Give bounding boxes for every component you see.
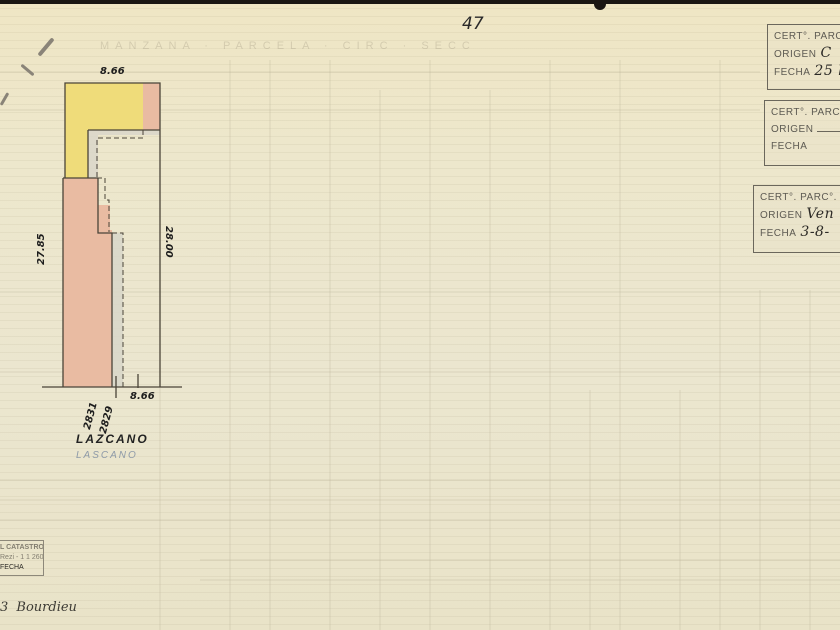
street-name-alt: LASCANO xyxy=(76,450,138,461)
dim-left-depth: 27.85 xyxy=(36,233,47,265)
cert-stamp: CERT°. PARC°. N° ORIGENVen FECHA3-8- xyxy=(753,185,840,253)
signature-prefix: 3 xyxy=(0,600,8,615)
stamp-fecha-label: FECHA xyxy=(771,138,807,155)
plot-diagram: 8.66 27.85 28.00 8.66 2831 2829 LAZCANO … xyxy=(0,0,220,480)
cert-stamp: CERT°. PARC°. N° ORIGEN FECHA xyxy=(764,100,840,166)
signature: 3 Bourdieu xyxy=(0,600,77,615)
stamp-fecha-label: FECHA xyxy=(760,225,796,242)
signature-name: Bourdieu xyxy=(16,600,77,615)
binding-notch xyxy=(594,0,606,10)
stamp-cert-label: CERT°. PARC°. N° xyxy=(771,104,840,121)
catastro-line2: Rezi - 1 1 260 xyxy=(0,553,40,563)
stamp-origen-label: ORIGEN xyxy=(760,207,802,224)
stamp-origen-value: Ven xyxy=(806,206,834,223)
cadastral-card: 47 MANZANA · PARCELA · CIRC · SECC xyxy=(0,0,840,630)
catastro-line1: L CATASTRO xyxy=(0,543,40,553)
street-name: LAZCANO xyxy=(76,432,149,446)
stamp-fecha-label: FECHA xyxy=(774,64,810,81)
stamp-fecha-value: 25 h xyxy=(814,63,840,80)
stamp-origen-label: ORIGEN xyxy=(771,121,813,138)
cert-stamp: CERT°. PARC°. N° ORIGENC FECHA25 h xyxy=(767,24,840,90)
stamp-cert-label: CERT°. PARC°. N° xyxy=(760,189,840,206)
stamp-origen-value: C xyxy=(820,45,831,62)
stamp-blank-line xyxy=(817,131,840,132)
dim-bottom-width: 8.66 xyxy=(130,391,155,402)
dim-right-depth: 28.00 xyxy=(163,226,174,258)
catastro-stamp: L CATASTRO Rezi - 1 1 260 FECHA xyxy=(0,540,44,576)
page-number: 47 xyxy=(462,14,484,34)
stamp-cert-label: CERT°. PARC°. N° xyxy=(774,28,840,45)
stamp-fecha-value: 3-8- xyxy=(800,224,829,241)
catastro-line3: FECHA xyxy=(0,563,40,573)
dim-top-width: 8.66 xyxy=(100,66,125,77)
stamp-origen-label: ORIGEN xyxy=(774,46,816,63)
